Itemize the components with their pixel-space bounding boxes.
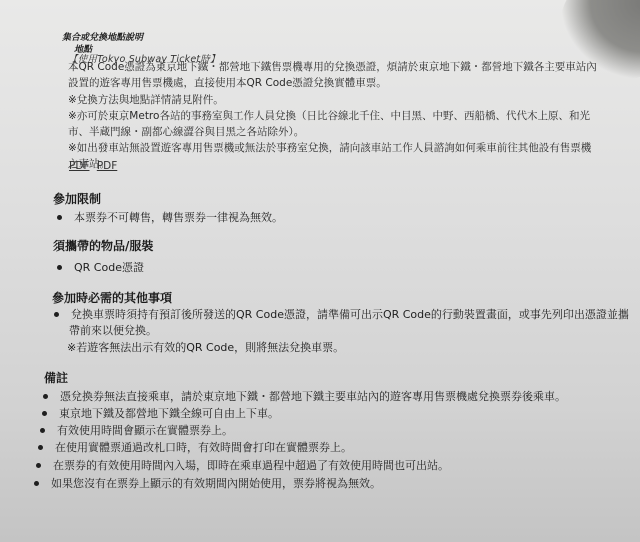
bullet-icon — [43, 394, 48, 399]
location-paragraph-line: ※亦可於東京Metro各站的事務室與工作人員兌換（日比谷線北千住、中目黑、中野、… — [68, 108, 590, 124]
bullet-icon — [40, 428, 45, 433]
items-to-bring-item: QR Code憑證 — [57, 259, 144, 275]
location-paragraph-line: ※兌換方法與地點詳情請見附件。 — [68, 92, 224, 108]
other-requirements-continuation: 帶前來以便兌換。 — [69, 322, 157, 338]
bullet-icon — [54, 312, 59, 317]
bullet-icon — [57, 215, 62, 220]
restrictions-item: 本票券不可轉售，轉售票券一律視為無效。 — [57, 209, 283, 225]
remarks-item: 憑兌換券無法直接乘車，請於東京地下鐵・都營地下鐵主要車站內的遊客專用售票機處兌換… — [43, 388, 566, 404]
pdf-link-1[interactable]: PDF — [69, 160, 89, 172]
location-paragraph-line: 市、半蔵門線・副都心線澀谷與目黑之各站除外）。 — [68, 124, 304, 140]
bullet-icon — [34, 481, 39, 486]
remarks-item: 東京地下鐵及都營地下鐵全線可自由上下車。 — [42, 405, 279, 421]
bullet-icon — [38, 445, 43, 450]
location-paragraph-line: 設置的遊客專用售票機處，直接使用本QR Code憑證兌換實體車票。 — [68, 75, 387, 91]
restrictions-heading: 參加限制 — [53, 190, 101, 207]
remarks-item: 在使用實體票通過改札口時，有效時間會打印在實體票券上。 — [38, 439, 352, 455]
bullet-icon — [42, 411, 47, 416]
other-requirements-heading: 參加時必需的其他事項 — [52, 289, 172, 306]
printed-document: 集合或兌換地點說明 地點 【使用Tokyo Subway Ticket時】 本Q… — [0, 0, 640, 542]
remarks-item: 在票券的有效使用時間內入場，即時在乘車過程中超過了有效使用時間也可出站。 — [36, 457, 449, 473]
remarks-item: 有效使用時間會顯示在實體票券上。 — [40, 422, 233, 438]
pdf-link-2[interactable]: PDF — [97, 160, 117, 172]
location-paragraph-line: ※如出發車站無設置遊客專用售票機或無法於事務室兌換，請向該車站工作人員諮詢如何乘… — [68, 140, 591, 156]
items-to-bring-heading: 須攜帶的物品/服裝 — [53, 237, 153, 254]
attachment-links: PDF PDF — [69, 160, 121, 172]
other-requirements-note: ※若遊客無法出示有效的QR Code，則將無法兌換車票。 — [67, 339, 344, 355]
location-paragraph-line: 本QR Code憑證為東京地下鐵・都營地下鐵售票機專用的兌換憑證，煩請於東京地下… — [68, 59, 597, 75]
bullet-icon — [36, 463, 41, 468]
bullet-icon — [57, 265, 62, 270]
remarks-item: 如果您沒有在票券上顯示的有效期間內開始使用，票券將視為無效。 — [34, 475, 381, 491]
other-requirements-item: 兌換車票時須持有預訂後所發送的QR Code憑證，請準備可出示QR Code的行… — [54, 306, 629, 322]
remarks-heading: 備註 — [44, 369, 68, 386]
